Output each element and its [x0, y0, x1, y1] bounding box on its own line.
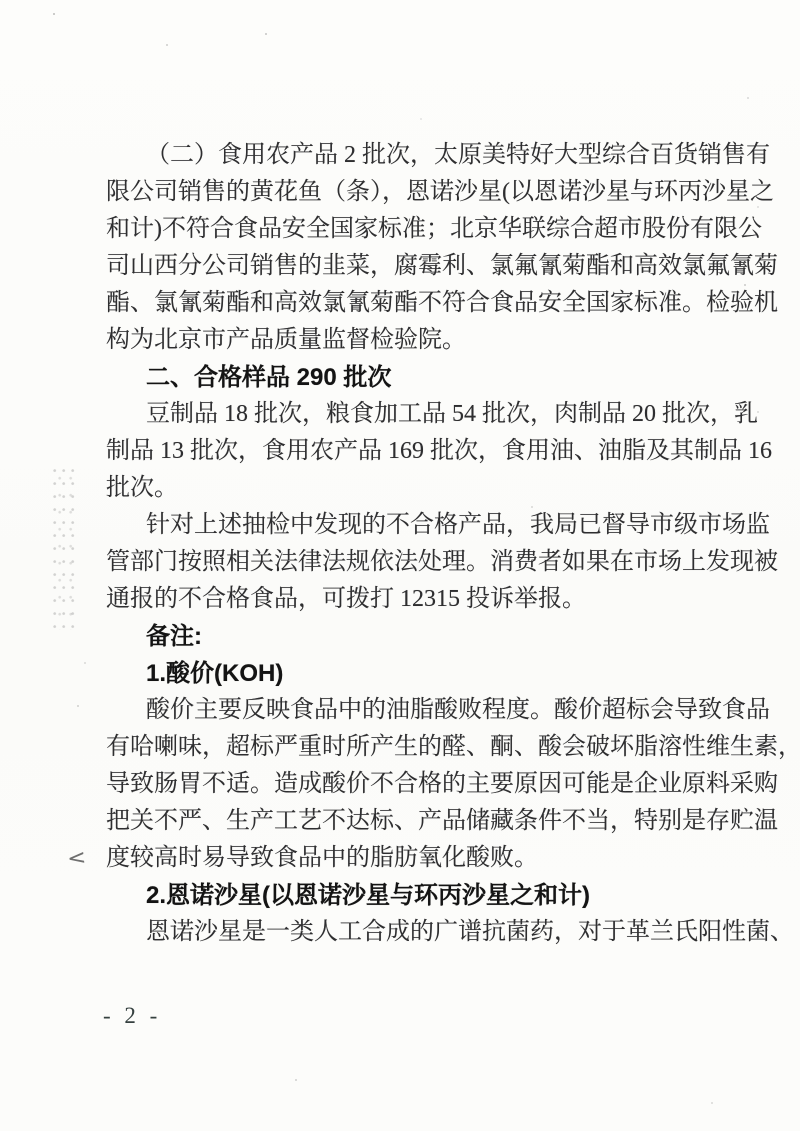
- heading-line: 二、合格样品 290 批次: [106, 359, 726, 396]
- paragraph-acid-value-explanation: 酸价主要反映食品中的油脂酸败程度。酸价超标会导致食品 有哈喇味，超标严重时所产生…: [106, 692, 726, 877]
- paragraph-unqualified-products: （二）食用农产品 2 批次，太原美特好大型综合百货销售有 限公司销售的黄花鱼（条…: [106, 137, 726, 359]
- text-line: 有哈喇味，超标严重时所产生的醛、酮、酸会破坏脂溶性维生素，: [106, 729, 726, 766]
- paragraph-qualified-breakdown: 豆制品 18 批次，粮食加工品 54 批次，肉制品 20 批次，乳 制品 13 …: [106, 396, 726, 507]
- page-number: - 2 -: [103, 1003, 161, 1029]
- text-line: 通报的不合格食品，可拨打 12315 投诉举报。: [106, 581, 726, 618]
- text-line: 管部门按照相关法律法规依法处理。消费者如果在市场上发现被: [106, 544, 726, 581]
- text-line: 酸价主要反映食品中的油脂酸败程度。酸价超标会导致食品: [106, 692, 726, 729]
- scan-noise-specks: [0, 0, 2, 2]
- text-line: 限公司销售的黄花鱼（条），恩诺沙星(以恩诺沙星与环丙沙星之: [106, 174, 726, 211]
- text-line: 制品 13 批次，食用农产品 169 批次，食用油、油脂及其制品 16: [106, 433, 726, 470]
- text-line: 司山西分公司销售的韭菜，腐霉利、氯氟氰菊酯和高效氯氟氰菊: [106, 248, 726, 285]
- scan-smudge-left-margin: [52, 468, 80, 630]
- heading-line: 2.恩诺沙星(以恩诺沙星与环丙沙星之和计): [106, 877, 726, 914]
- text-line: 恩诺沙星是一类人工合成的广谱抗菌药，对于革兰氏阳性菌、: [106, 914, 726, 951]
- paragraph-handling-measures: 针对上述抽检中发现的不合格产品，我局已督导市级市场监 管部门按照相关法律法规依法…: [106, 507, 726, 618]
- scan-stray-mark: <: [67, 845, 86, 872]
- heading-line: 备注:: [106, 618, 726, 655]
- heading-line: 1.酸价(KOH): [106, 655, 726, 692]
- text-line: 和计)不符合食品安全国家标准；北京华联综合超市股份有限公: [106, 211, 726, 248]
- text-line: 批次。: [106, 470, 726, 507]
- text-line: （二）食用农产品 2 批次，太原美特好大型综合百货销售有: [106, 137, 726, 174]
- text-line: 构为北京市产品质量监督检验院。: [106, 322, 726, 359]
- text-line: 酯、氯氰菊酯和高效氯氰菊酯不符合食品安全国家标准。检验机: [106, 285, 726, 322]
- scanned-page: < （二）食用农产品 2 批次，太原美特好大型综合百货销售有 限公司销售的黄花鱼…: [0, 0, 800, 1131]
- text-line: 把关不严、生产工艺不达标、产品储藏条件不当，特别是存贮温: [106, 803, 726, 840]
- text-line: 针对上述抽检中发现的不合格产品，我局已督导市级市场监: [106, 507, 726, 544]
- text-line: 导致肠胃不适。造成酸价不合格的主要原因可能是企业原料采购: [106, 766, 726, 803]
- document-body: （二）食用农产品 2 批次，太原美特好大型综合百货销售有 限公司销售的黄花鱼（条…: [106, 137, 726, 951]
- paragraph-enrofloxacin-explanation: 恩诺沙星是一类人工合成的广谱抗菌药，对于革兰氏阳性菌、: [106, 914, 726, 951]
- heading-qualified-samples: 二、合格样品 290 批次: [106, 359, 726, 396]
- heading-remarks: 备注:: [106, 618, 726, 655]
- heading-enrofloxacin: 2.恩诺沙星(以恩诺沙星与环丙沙星之和计): [106, 877, 726, 914]
- text-line: 豆制品 18 批次，粮食加工品 54 批次，肉制品 20 批次，乳: [106, 396, 726, 433]
- text-line: 度较高时易导致食品中的脂肪氧化酸败。: [106, 840, 726, 877]
- heading-acid-value: 1.酸价(KOH): [106, 655, 726, 692]
